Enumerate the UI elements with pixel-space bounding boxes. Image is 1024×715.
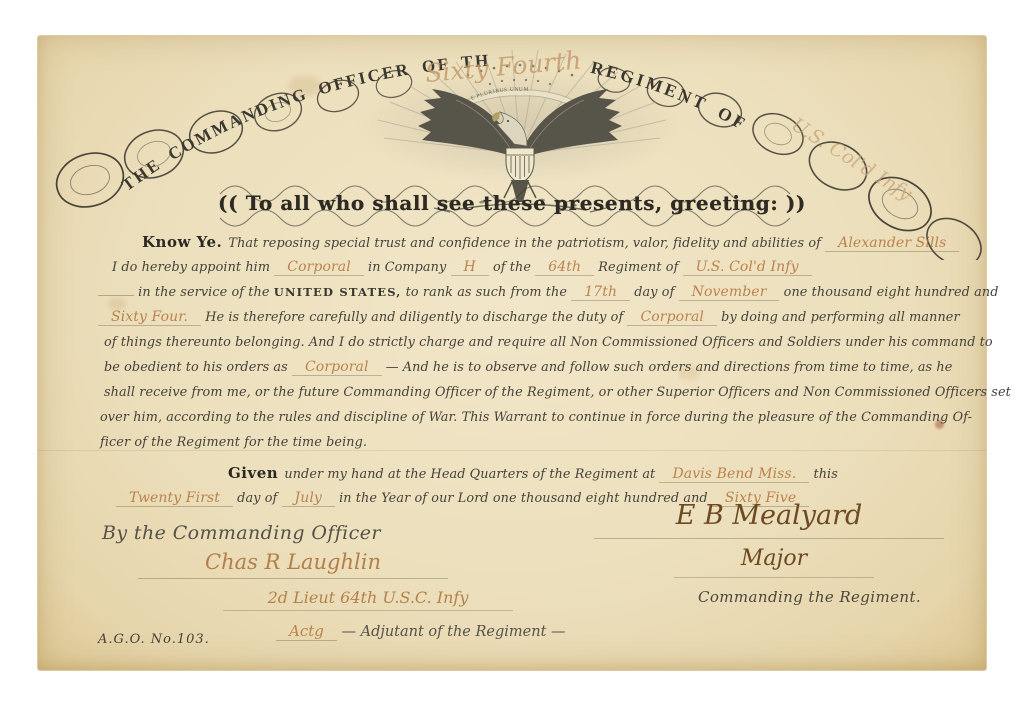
registry-note: A.G.O. No.103. (98, 632, 210, 647)
fill-date-day: Twenty First (116, 490, 233, 507)
printed-text: over him, according to the rules and dis… (100, 410, 972, 425)
body-line: I do hereby appoint him Corporal in Comp… (98, 255, 934, 280)
adjutant-title-line: Actg — Adjutant of the Regiment — (276, 622, 566, 640)
printed-text: — And he is to observe and follow such o… (382, 360, 953, 375)
adjutant-signature: Chas R Laughlin (138, 550, 448, 579)
body-line: be obedient to his orders as Corporal — … (98, 355, 934, 380)
fill-appointee-name: Alexander Sills (825, 235, 959, 252)
fill-place: Davis Bend Miss. (659, 466, 809, 483)
given-label: Given (228, 464, 280, 482)
printed-text: in the service of the (134, 285, 274, 300)
major-rank: Major (674, 546, 874, 578)
printed-text: day of (233, 491, 282, 506)
printed-text: one thousand eight hundred and (779, 285, 998, 300)
major-signature: E B Mealyard (594, 500, 944, 539)
printed-text: shall receive from me, or the future Com… (104, 385, 1011, 400)
body-line: ficer of the Regiment for the time being… (98, 430, 934, 455)
printed-text: to rank as such from the (402, 285, 572, 300)
fill-date-month: July (282, 490, 335, 507)
printed-text: this (809, 467, 838, 482)
printed-text: Regiment of (594, 260, 683, 275)
fill-rank: Corporal (274, 259, 364, 276)
eagle-eye (507, 120, 509, 122)
printed-text: of things thereunto belonging. And I do … (104, 335, 993, 350)
age-stain (108, 298, 126, 310)
body-line: shall receive from me, or the future Com… (98, 380, 934, 405)
fill-acting: Actg (276, 622, 337, 641)
age-stain (288, 76, 322, 96)
body-line: of things thereunto belonging. And I do … (98, 330, 934, 355)
know-ye-label: Know Ye. (142, 233, 224, 251)
printed-text: That reposing special trust and confiden… (224, 236, 825, 251)
fold-crease (38, 450, 986, 451)
fill-rank-day: 17th (571, 284, 630, 301)
printed-text: I do hereby appoint him (112, 260, 274, 275)
printed-text: by doing and performing all manner (717, 310, 960, 325)
body-line: in the service of the UNITED STATES, to … (98, 280, 934, 305)
fill-company: H (451, 259, 489, 276)
fill-branch: U.S. Col'd Infy (683, 259, 812, 276)
adjutant-title: — Adjutant of the Regiment — (337, 624, 566, 640)
printed-text: under my hand at the Head Quarters of th… (280, 467, 659, 482)
fill-rank-month: November (679, 284, 780, 301)
printed-text: day of (630, 285, 679, 300)
fill-rank-year: Sixty Four. (98, 309, 201, 326)
body-line: Sixty Four. He is therefore carefully an… (98, 305, 934, 330)
age-stain (935, 420, 944, 429)
united-states-display: UNITED STATES, (274, 285, 402, 299)
ruled-blank (98, 282, 134, 296)
warrant-document: E PLURIBUS UNUM (38, 36, 986, 670)
scan-background: { "document": { "banner": { "arc_left": … (0, 0, 1024, 715)
given-line: Given under my hand at the Head Quarters… (98, 461, 934, 486)
by-commanding-officer-line: By the Commanding Officer (102, 522, 381, 544)
printed-text: be obedient to his orders as (104, 360, 292, 375)
printed-text: ficer of the Regiment for the time being… (100, 435, 367, 450)
commanding-title: Commanding the Regiment. (698, 588, 921, 606)
printed-text: in Company (364, 260, 451, 275)
printed-text: He is therefore carefully and diligently… (201, 310, 627, 325)
greeting-line: (( To all who shall see these presents, … (38, 191, 986, 215)
age-stain (678, 366, 700, 380)
body-line: over him, according to the rules and dis… (98, 405, 934, 430)
fill-duty-rank: Corporal (627, 309, 717, 326)
fill-orders-rank: Corporal (292, 359, 382, 376)
warrant-body: Know Ye. That reposing special trust and… (98, 230, 934, 511)
printed-text: of the (489, 260, 535, 275)
adjutant-rank-line: 2d Lieut 64th U.S.C. Infy (223, 588, 513, 611)
fill-regiment-number: 64th (535, 259, 594, 276)
body-line: Know Ye. That reposing special trust and… (98, 230, 934, 255)
